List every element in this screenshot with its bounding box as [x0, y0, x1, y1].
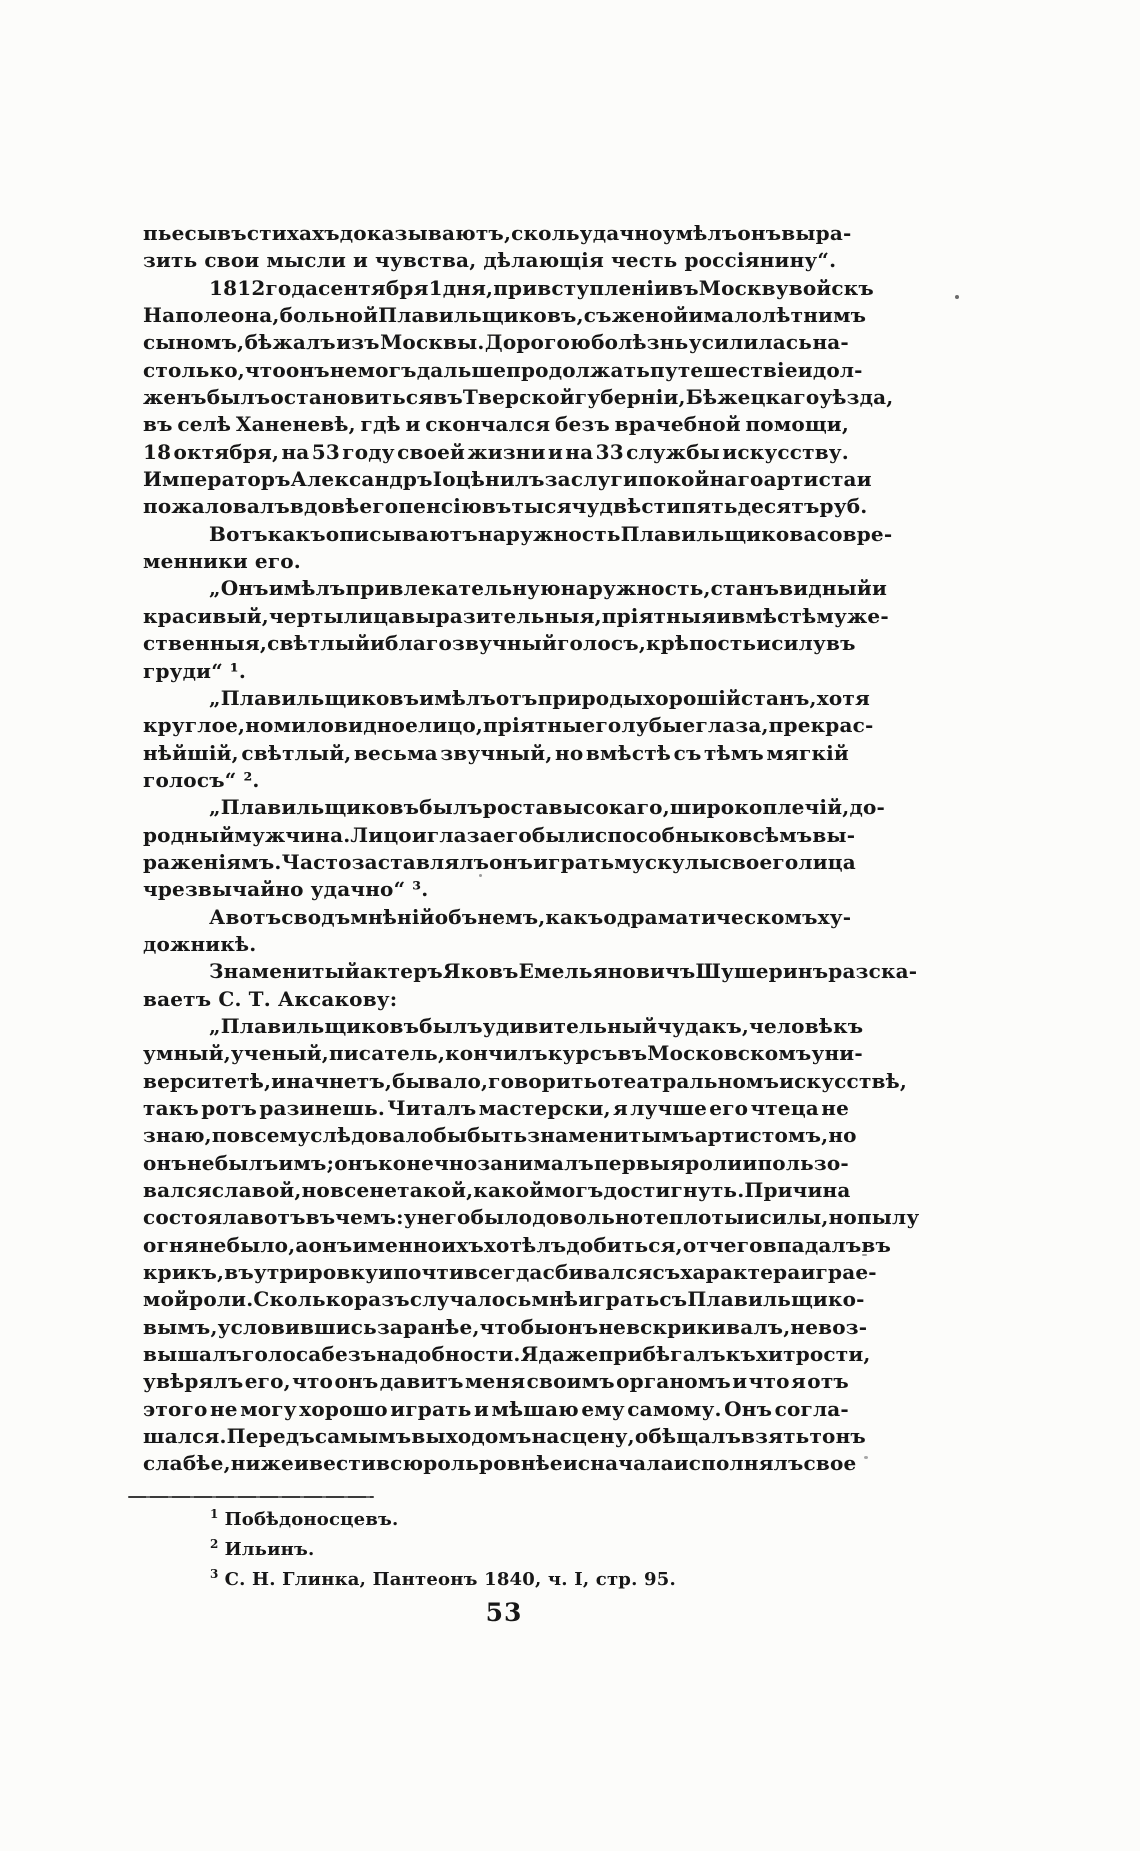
text-line: ИмператоръАлександръIоцѣнилъзаслугипокой… [143, 466, 849, 493]
text-line: „Онъимѣлъпривлекательнуюнаружность,станъ… [143, 575, 849, 602]
text-line: Наполеона,больнойПлавильщиковъ,съженойим… [143, 302, 849, 329]
text-line: ЗнаменитыйактеръЯковъЕмельяновичъШушерин… [143, 958, 849, 985]
text-line: столько,чтоонънемогъдальшепродолжатьпуте… [143, 357, 849, 384]
text-line: увѣрялъего,чтоонъдавитъменясвоимъорганом… [143, 1368, 849, 1395]
text-line: 18октября,на53годусвоейжизниина33службыи… [143, 439, 849, 466]
scan-speck [479, 874, 482, 877]
text-line: пожаловалъвдовѣегопенсіювътысячудвѣстипя… [143, 493, 849, 520]
text-line: менникиего. [143, 548, 849, 575]
text-line: красивый,чертылицавыразительныя,пріятныя… [143, 603, 849, 630]
text-line: этогонемогухорошоигратьимѣшаюемусамому.О… [143, 1396, 849, 1423]
text-line: мойроли.СколькоразъслучалосьмнѣигратьсъП… [143, 1286, 849, 1313]
body-text: пьесывъстихахъдоказываютъ,скольудачноумѣ… [143, 220, 849, 1478]
text-line: сыномъ,бѣжалъизъМосквы.Дорогоюболѣзньуси… [143, 329, 849, 356]
text-line: знаю,повсемуслѣдовалобыбытьзнаменитымъар… [143, 1122, 849, 1149]
text-line: онънебылъимъ;онъконечнозанималъпервыярол… [143, 1150, 849, 1177]
text-line: въселѣХаненевѣ,гдѣискончалсябезъврачебно… [143, 411, 849, 438]
text-line: раженіямъ.Частозаставлялъонъигратьмускул… [143, 849, 849, 876]
scan-speck [955, 295, 959, 299]
text-line: огнянебыло,аонъименноихъхотѣлъдобиться,о… [143, 1232, 849, 1259]
text-line: валсяславой,новсенетакой,какоймогъдостиг… [143, 1177, 849, 1204]
text-line: „Плавильщиковъбылъудивительныйчудакъ,чел… [143, 1013, 849, 1040]
scan-speck [862, 1254, 867, 1256]
footnotes: 1Побѣдоносцевъ.2Ильинъ.3С. Н. Глинка, Па… [210, 1502, 810, 1592]
text-line: Авотъсводъмнѣнійобънемъ,какъодраматическ… [143, 904, 849, 931]
text-line: вымъ,условившисьзаранѣе,чтобыонъневскрик… [143, 1314, 849, 1341]
scan-speck [864, 1456, 868, 1459]
text-line: шался.Передъсамымъвыходомънасцену,обѣщал… [143, 1423, 849, 1450]
scanned-book-page: пьесывъстихахъдоказываютъ,скольудачноумѣ… [0, 0, 1140, 1851]
text-line: 1812годасентября1дня,привступленіивъМоск… [143, 275, 849, 302]
text-line: „Плавильщиковъбылъроставысокаго,широкопл… [143, 794, 849, 821]
text-line: умный,ученый,писатель,кончилъкурсъвъМоск… [143, 1040, 849, 1067]
text-line: нѣйшій,свѣтлый,весьмазвучный,новмѣстѣсът… [143, 740, 849, 767]
text-line: женъбылъостановитьсявъТверскойгуберніи,Б… [143, 384, 849, 411]
text-line: ВотъкакъописываютънаружностьПлавильщиков… [143, 521, 849, 548]
text-line: верситетѣ,иначнетъ,бывало,говоритьотеатр… [143, 1068, 849, 1095]
text-line: ваетъС.Т.Аксакову: [143, 986, 849, 1013]
footnote-separator [128, 1496, 374, 1498]
text-line: такъротъразинешь.Читалъмастерски,ялучшее… [143, 1095, 849, 1122]
text-line: крикъ,въутрировкуипочтивсегдасбивалсясъх… [143, 1259, 849, 1286]
text-line: вышалъголосабезънадобности.Ядажеприбѣгал… [143, 1341, 849, 1368]
text-line: родныймужчина.Лицоиглазаегобылиспособнык… [143, 822, 849, 849]
text-line: слабѣе,нижеивестивсюрольровнѣеисначалаис… [143, 1450, 849, 1477]
text-line: круглое,номиловидноелицо,пріятныеголубые… [143, 712, 849, 739]
text-line: пьесывъстихахъдоказываютъ,скольудачноумѣ… [143, 220, 849, 247]
footnote-item: 2Ильинъ. [210, 1532, 810, 1562]
text-line: голосъ“². [143, 767, 849, 794]
page-number: 53 [474, 1598, 534, 1627]
footnote-item: 1Побѣдоносцевъ. [210, 1502, 810, 1532]
text-line: ственныя,свѣтлыйиблагозвучныйголосъ,крѣп… [143, 630, 849, 657]
text-line: зитьсвоимыслиичувства,дѣлающіячестьроссі… [143, 247, 849, 274]
text-line: дожникѣ. [143, 931, 849, 958]
text-line: чрезвычайноудачно“³. [143, 876, 849, 903]
text-line: состоялавотъвъчемъ:унегобылодовольнотепл… [143, 1204, 849, 1231]
text-line: „Плавильщиковъимѣлъотъприродыхорошійстан… [143, 685, 849, 712]
footnote-item: 3С. Н. Глинка, Пантеонъ 1840, ч. I, стр.… [210, 1562, 810, 1592]
text-line: груди“¹. [143, 658, 849, 685]
